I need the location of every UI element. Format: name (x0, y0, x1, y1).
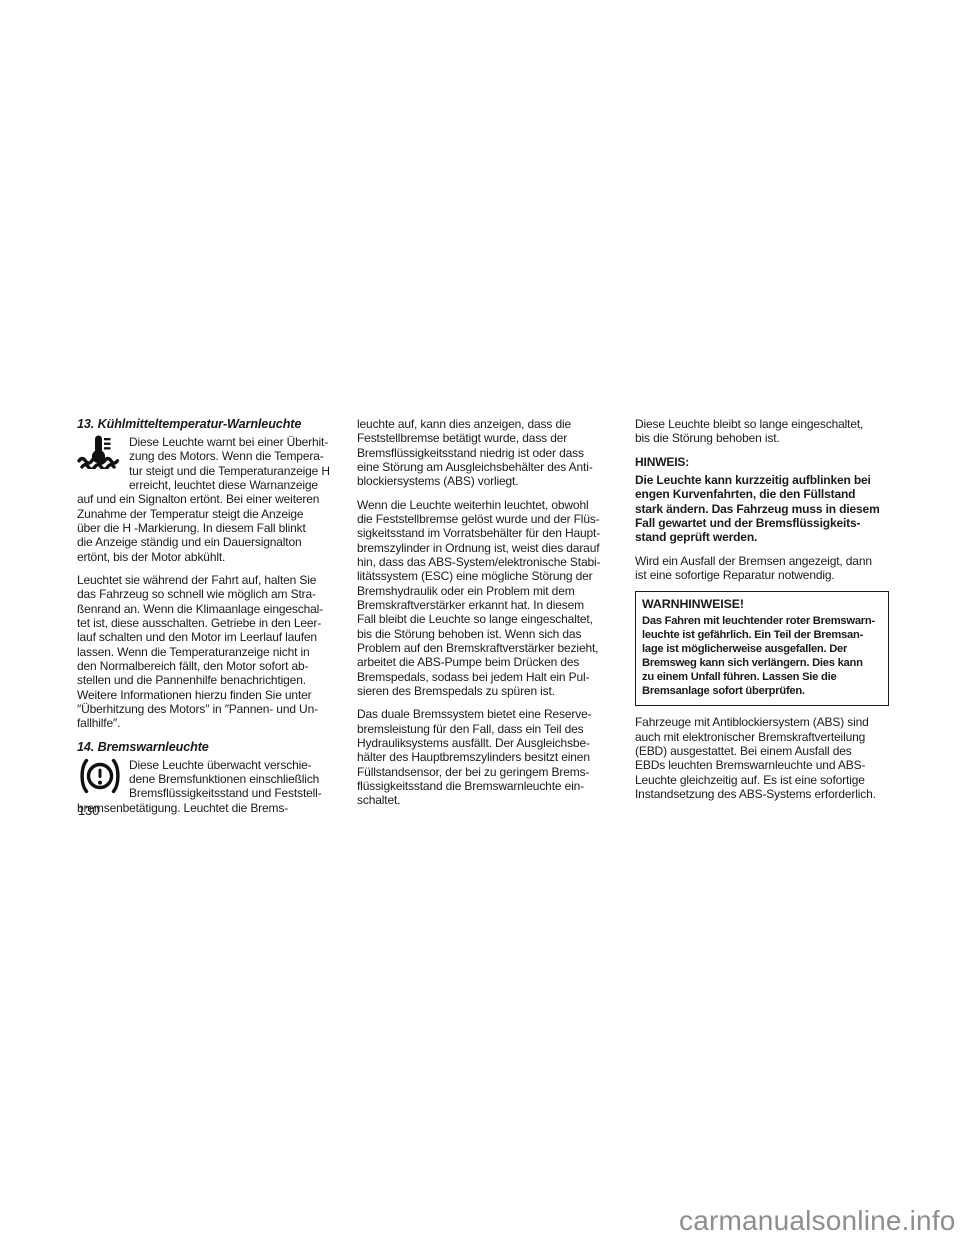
warning-box-text: Das Fahren mit leuchtender roter Bremswa… (642, 614, 882, 699)
paragraph-text: leuchte auf, kann dies anzeigen, dass di… (357, 417, 611, 489)
note-label: HINWEIS: (635, 455, 889, 469)
paragraph-text: Wenn die Leuchte weiterhin leuchtet, obw… (357, 498, 611, 699)
warning-box: WARNHINWEISE! Das Fahren mit leuchtender… (635, 591, 889, 706)
column-1: 13. Kühlmitteltemperatur-Warnleuchte (77, 417, 331, 824)
section-13-intro-paragraph: Diese Leuchte warnt bei einer Überhit- z… (77, 435, 331, 564)
section-13-heading: 13. Kühlmitteltemperatur-Warnleuchte (77, 417, 331, 432)
paragraph-text: Leuchtet sie während der Fahrt auf, halt… (77, 573, 331, 731)
watermark-text: carmanualsonline.info (679, 1206, 956, 1236)
brake-light-paragraph-1: leuchte auf, kann dies anzeigen, dass di… (357, 417, 611, 489)
page-number: 130 (78, 803, 99, 818)
paragraph-text: Die Leuchte kann kurzzeitig aufblinken b… (635, 473, 889, 545)
brake-light-paragraph-4: Diese Leuchte bleibt so lange eingeschal… (635, 417, 889, 446)
coolant-temperature-warning-icon (77, 435, 129, 485)
section-14-heading: 14. Bremswarnleuchte (77, 740, 331, 755)
paragraph-text: Diese Leuchte bleibt so lange eingeschal… (635, 417, 889, 446)
section-14-intro-paragraph: Diese Leuchte überwacht verschie- dene B… (77, 758, 331, 815)
paragraph-text: Fahrzeuge mit Antiblockiersystem (ABS) s… (635, 715, 889, 801)
brake-warning-icon (77, 758, 129, 798)
abs-ebd-paragraph: Fahrzeuge mit Antiblockiersystem (ABS) s… (635, 715, 889, 801)
paragraph-text: Das duale Bremssystem bietet eine Reserv… (357, 707, 611, 807)
note-paragraph: Die Leuchte kann kurzzeitig aufblinken b… (635, 473, 889, 545)
brake-light-paragraph-2: Wenn die Leuchte weiterhin leuchtet, obw… (357, 498, 611, 699)
column-3: Diese Leuchte bleibt so lange eingeschal… (635, 417, 889, 810)
column-2: leuchte auf, kann dies anzeigen, dass di… (357, 417, 611, 817)
paragraph-text: Wird ein Ausfall der Bremsen angezeigt, … (635, 554, 889, 583)
section-13-paragraph-2: Leuchtet sie während der Fahrt auf, halt… (77, 573, 331, 731)
brake-light-paragraph-3: Das duale Bremssystem bietet eine Reserv… (357, 707, 611, 807)
repair-paragraph: Wird ein Ausfall der Bremsen angezeigt, … (635, 554, 889, 583)
warning-box-title: WARNHINWEISE! (642, 597, 882, 612)
manual-page: 13. Kühlmitteltemperatur-Warnleuchte (0, 0, 960, 1242)
